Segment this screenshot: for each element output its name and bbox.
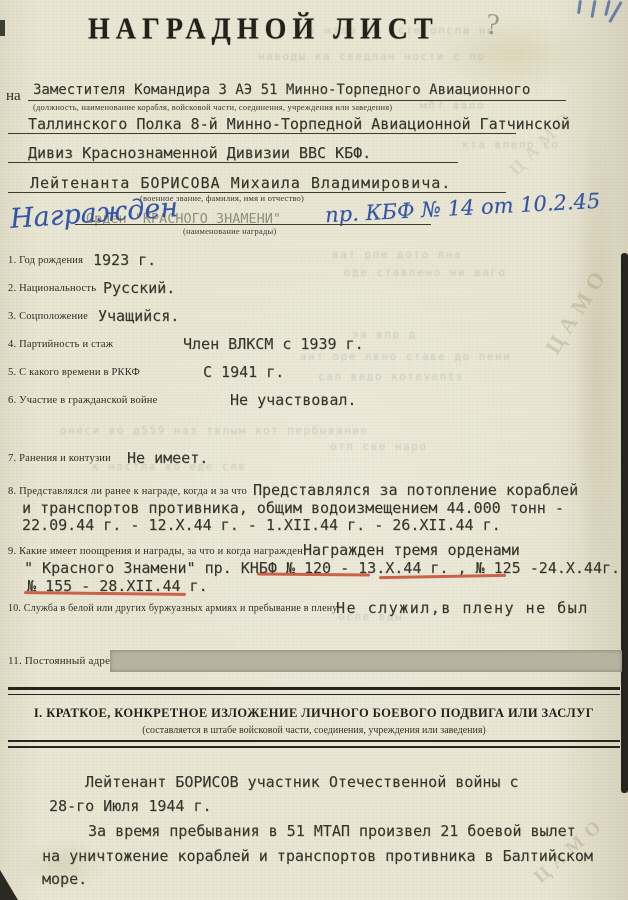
red-pencil-underline — [24, 591, 186, 596]
form-rule — [8, 133, 516, 134]
item-2-value: Русский. — [103, 279, 175, 297]
item-1-value: 1923 г. — [93, 251, 156, 269]
item-1-label: 1. Год рождения — [8, 255, 83, 266]
item-5-value: С 1941 г. — [203, 363, 284, 381]
archive-watermark: ЦАМО — [540, 261, 614, 359]
body-para2-line3: море. — [42, 870, 87, 888]
item-2-label: 2. Национальность — [8, 283, 96, 294]
item-4-label: 4. Партийность и стаж — [8, 339, 113, 350]
field-position-line3: Дивиз Краснознаменной Дивизии ВВС КБФ. — [28, 144, 371, 162]
bleedthrough-text: оде ставлено ни шаго — [344, 266, 506, 279]
body-para1-line2: 28-го Июля 1944 г. — [49, 797, 212, 815]
field-name-line: Лейтенанта БОРИСОВА Михаила Владимирович… — [30, 174, 451, 192]
item-8-label: 8. Представлялся ли ранее к награде, ког… — [8, 486, 247, 497]
scan-corner-bottom-left — [0, 870, 18, 900]
pen-stroke — [577, 0, 582, 14]
award-sheet-document: ЦАМО ЦАМО ЦАМО ео нтло ом всте опсла не … — [0, 0, 628, 900]
pen-stroke — [608, 1, 623, 23]
section-subheading: (составляется в штабе войсковой части, с… — [0, 725, 628, 736]
item-11-label: 11. Постоянный адрес: — [8, 655, 119, 667]
pen-stroke — [604, 0, 611, 16]
item-7-value: Не имеет. — [127, 449, 208, 467]
bleedthrough-text: ват рпе дото лна — [332, 248, 462, 261]
bleedthrough-text: отл све наро — [330, 440, 427, 453]
body-para1-line1: Лейтенант БОРИСОВ участник Отечественной… — [85, 773, 518, 791]
item-7-label: 7. Ранения и контузии — [8, 453, 111, 464]
item-9-label: 9. Какие имеет поощрения и награды, за ч… — [8, 546, 303, 557]
pen-stroke — [590, 0, 596, 18]
field-position-line1: Заместителя Командира 3 АЭ 51 Минно-Торп… — [33, 82, 530, 98]
na-label: на — [6, 88, 21, 105]
section-divider — [8, 740, 620, 748]
handwritten-order-note: пр. КБФ № 14 от 10.2.45 — [325, 189, 601, 227]
item-6-label: 6. Участие в гражданской войне — [8, 395, 157, 406]
field-position-line2: Таллинского Полка 8-й Минно-Торпедной Ав… — [28, 115, 570, 133]
item-10-value: Не служил,в плену не был — [336, 599, 589, 617]
section-divider — [8, 687, 620, 695]
item-9-value-line1: Награжден тремя орденами — [303, 541, 520, 559]
field-position-caption: (должность, наименование корабля, войско… — [33, 102, 392, 112]
redacted-address-box — [110, 650, 622, 672]
handwritten-question-mark: ? — [484, 7, 501, 42]
bleedthrough-text: мกิ? вало — [420, 96, 485, 114]
item-4-value: Член ВЛКСМ с 1939 г. — [183, 335, 364, 353]
item-8-value-line3: 22.09.44 г. - 12.Х.44 г. - 1.ХII.44 г. -… — [22, 516, 501, 534]
item-3-value: Учащийся. — [98, 307, 179, 325]
body-para2-line2: на уничтожение кораблей и транспортов пр… — [42, 847, 593, 865]
item-10-label: 10. Служба в белой или других буржуазных… — [8, 603, 337, 614]
bleedthrough-text: наводы ка сведлан ности с по — [258, 50, 485, 63]
item-3-label: 3. Соцположение — [8, 311, 88, 322]
body-para2-line1: За время пребывания в 51 МТАП произвел 2… — [88, 822, 576, 840]
bleedthrough-text: сал ведо котevents — [318, 370, 464, 383]
field-award-caption: (наименование награды) — [183, 226, 276, 236]
scan-edge-left — [0, 20, 5, 36]
bleedthrough-text: онеси во д559 наз твлым кот пербывание — [60, 424, 369, 437]
form-rule — [28, 100, 566, 101]
item-6-value: Не участвовал. — [230, 391, 356, 409]
item-8-value-line1: Представлялся за потопление кораблей — [253, 481, 578, 499]
bleedthrough-text: кта впело со — [462, 138, 559, 151]
section-heading: I. КРАТКОЕ, КОНКРЕТНОЕ ИЗЛОЖЕНИЕ ЛИЧНОГО… — [0, 706, 628, 721]
form-rule — [75, 224, 431, 225]
form-rule — [8, 162, 458, 163]
item-5-label: 5. С какого времени в РККФ — [8, 367, 140, 378]
item-8-value-line2: и транспортов противника, общим водоизме… — [22, 499, 564, 517]
document-title: НАГРАДНОЙ ЛИСТ — [88, 13, 439, 48]
